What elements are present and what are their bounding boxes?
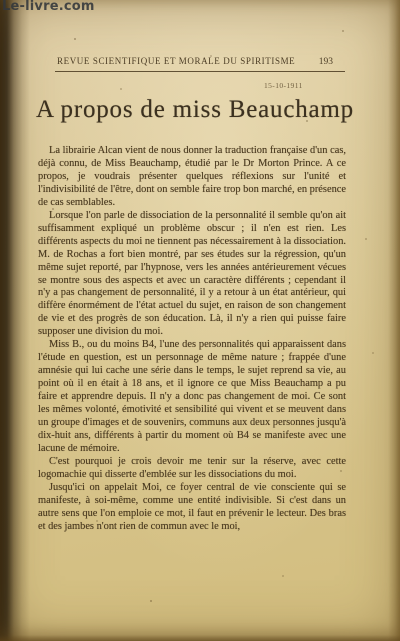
watermark-le-livre: Le-livre.com xyxy=(2,0,95,14)
article-paragraph-2: Lorsque l'on parle de dissociation de la… xyxy=(38,210,346,340)
article-paragraph-4: C'est pourquoi je crois devoir me tenir … xyxy=(38,456,346,482)
page-right-edge xyxy=(388,0,400,641)
article-paragraph-1: La librairie Alcan vient de nous donner … xyxy=(38,145,346,210)
article-paragraph-5: Jusqu'ici on appelait Moi, ce foyer cent… xyxy=(38,482,346,534)
article-paragraph-3: Miss B., ou du moins B4, l'une des perso… xyxy=(38,339,346,456)
article-body: La librairie Alcan vient de nous donner … xyxy=(38,145,346,534)
page-number: 193 xyxy=(305,57,333,67)
scanned-book-page: Le-livre.com REVUE SCIENTIFIQUE ET MORAL… xyxy=(0,0,400,641)
article-title: A propos de miss Beauchamp xyxy=(36,96,354,124)
date-stamp: 15-10-1911 xyxy=(264,81,303,90)
journal-header: REVUE SCIENTIFIQUE ET MORALE DU SPIRITIS… xyxy=(57,56,333,67)
header-rule xyxy=(55,71,345,72)
page-bottom-edge xyxy=(0,635,400,641)
journal-title: REVUE SCIENTIFIQUE ET MORALE DU SPIRITIS… xyxy=(57,56,295,66)
book-spine-shadow xyxy=(0,0,30,641)
